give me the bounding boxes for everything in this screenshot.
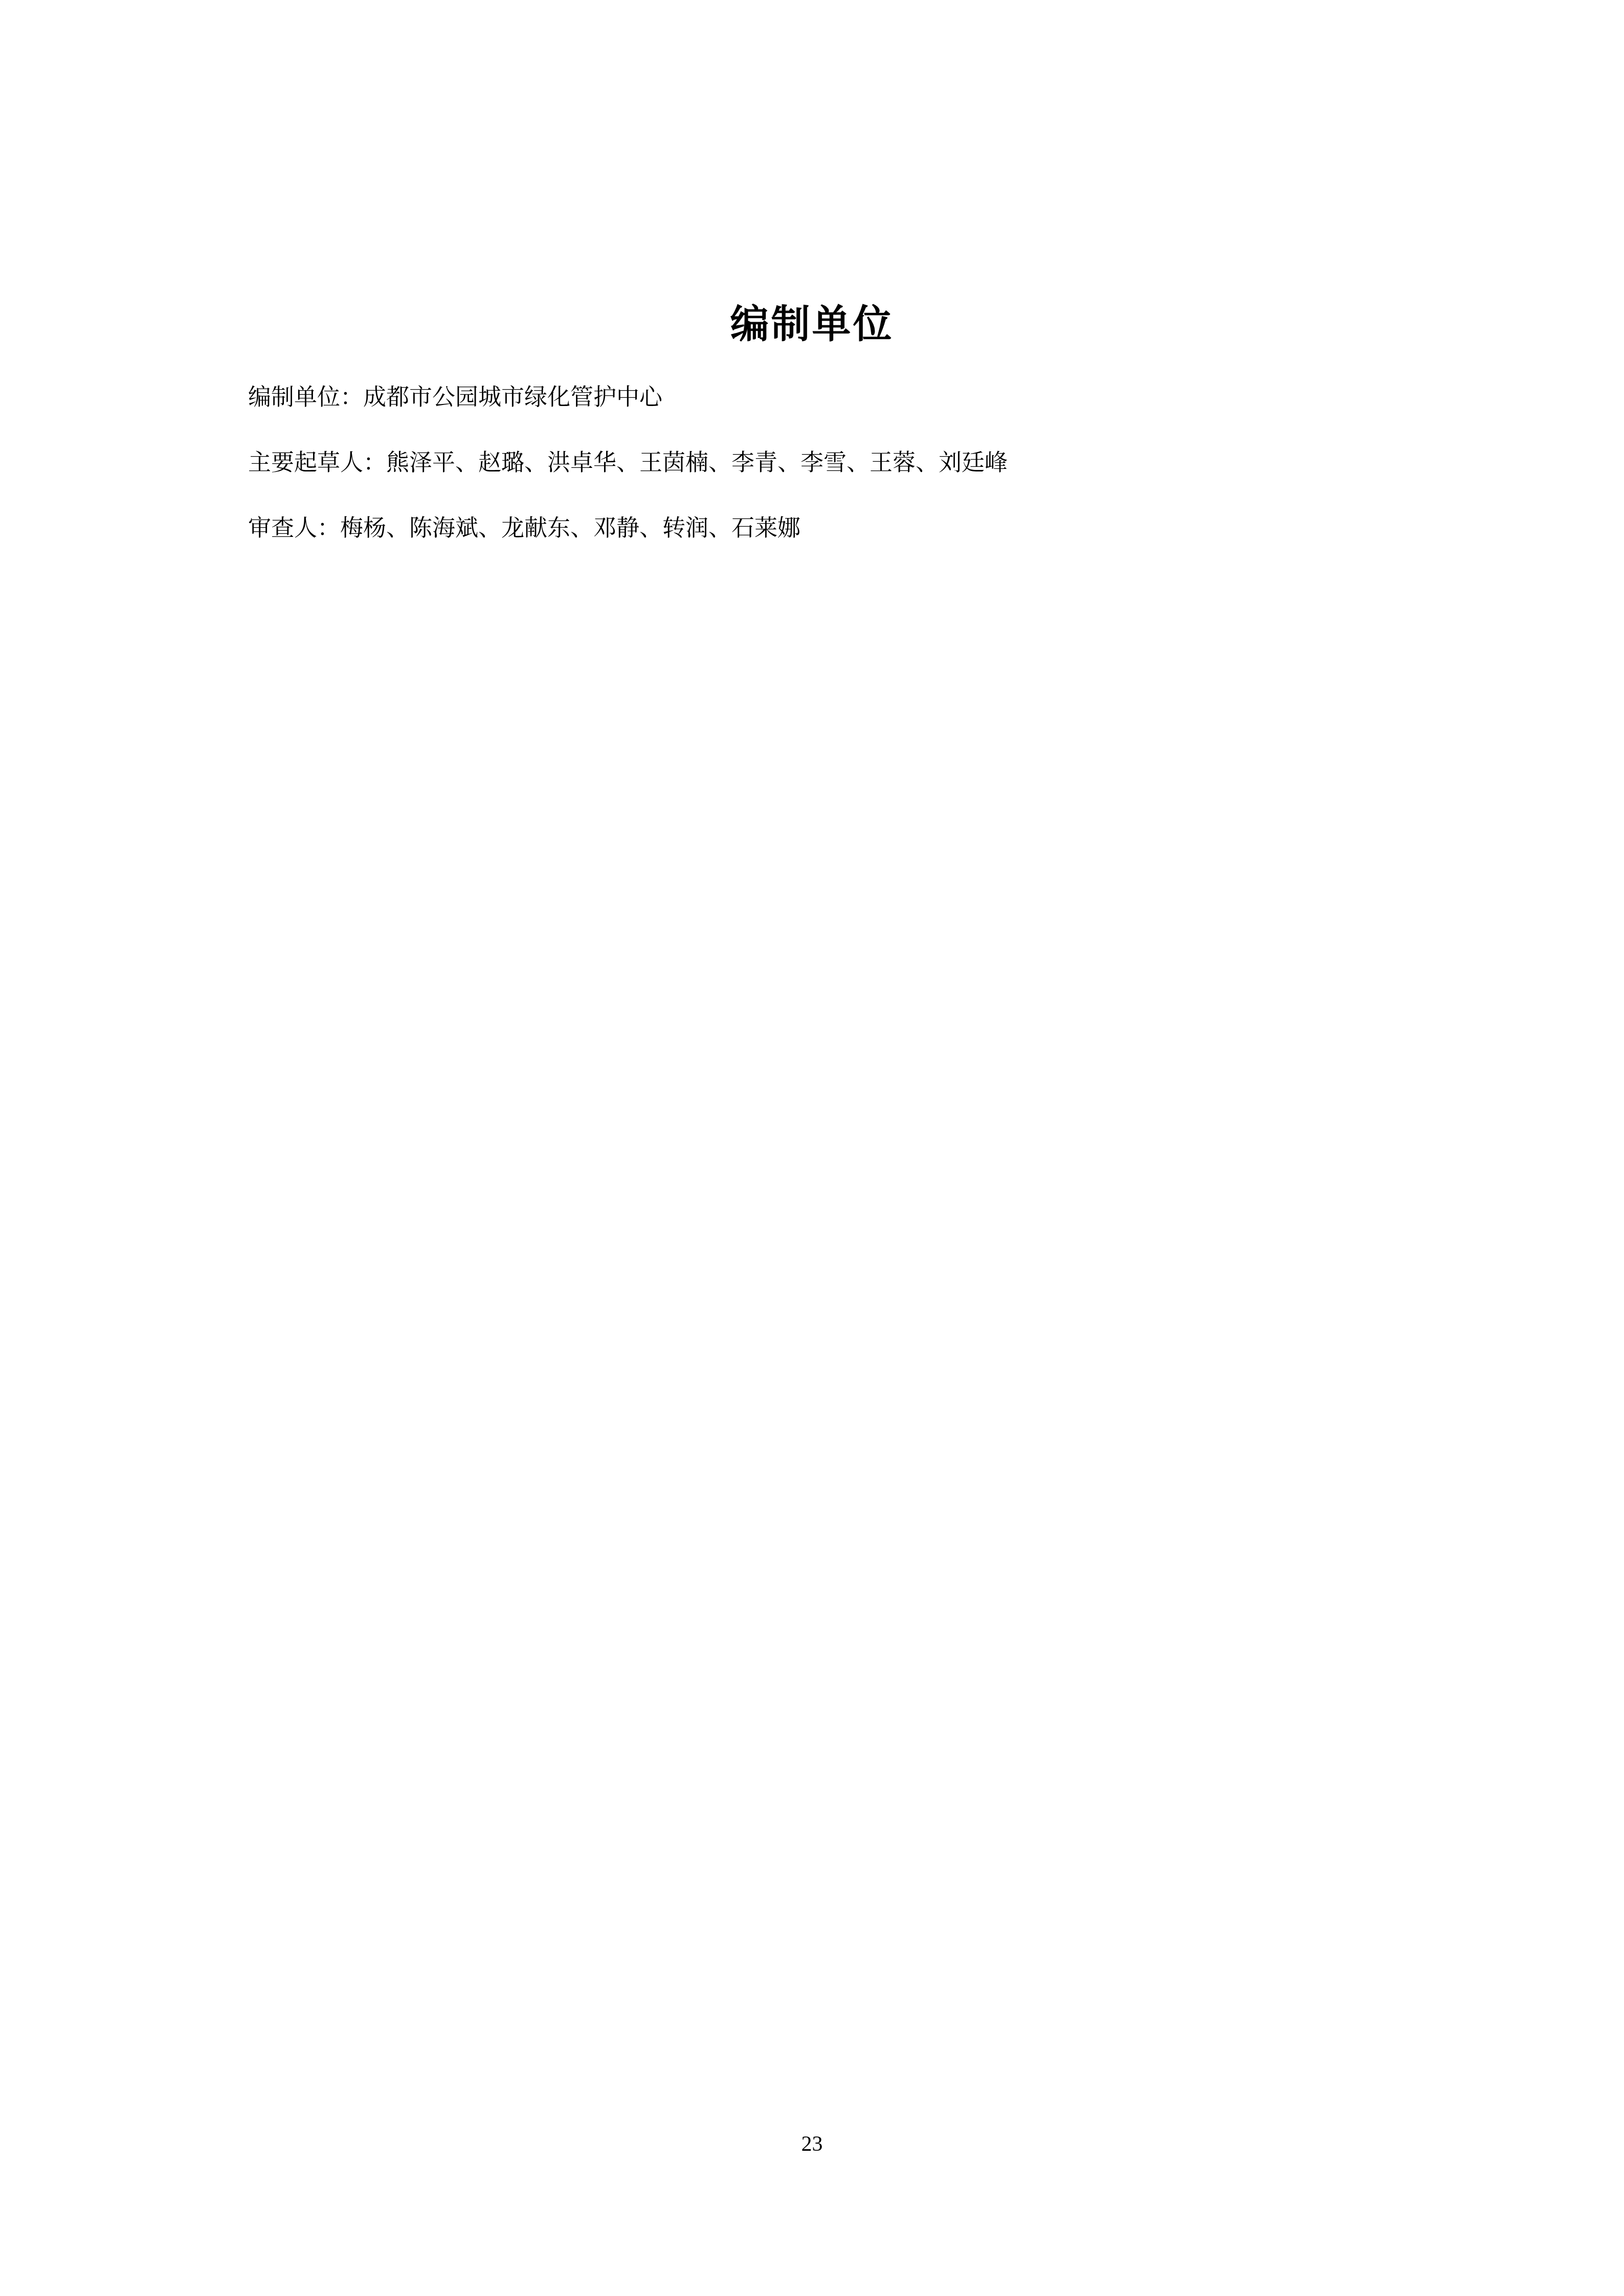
page-number: 23 <box>0 2131 1624 2157</box>
body-text-block: 编制单位：成都市公园城市绿化管护中心 主要起草人：熊泽平、赵璐、洪卓华、王茵楠、… <box>248 385 1384 581</box>
paragraph-reviewers: 审查人：梅杨、陈海斌、龙献东、邓静、转润、石莱娜 <box>248 515 1384 541</box>
paragraph-compiling-unit: 编制单位：成都市公园城市绿化管护中心 <box>248 385 1384 410</box>
document-page: 编制单位 编制单位：成都市公园城市绿化管护中心 主要起草人：熊泽平、赵璐、洪卓华… <box>0 0 1624 2296</box>
page-title: 编制单位 <box>0 299 1624 350</box>
paragraph-main-drafters: 主要起草人：熊泽平、赵璐、洪卓华、王茵楠、李青、李雪、王蓉、刘廷峰 <box>248 450 1384 476</box>
